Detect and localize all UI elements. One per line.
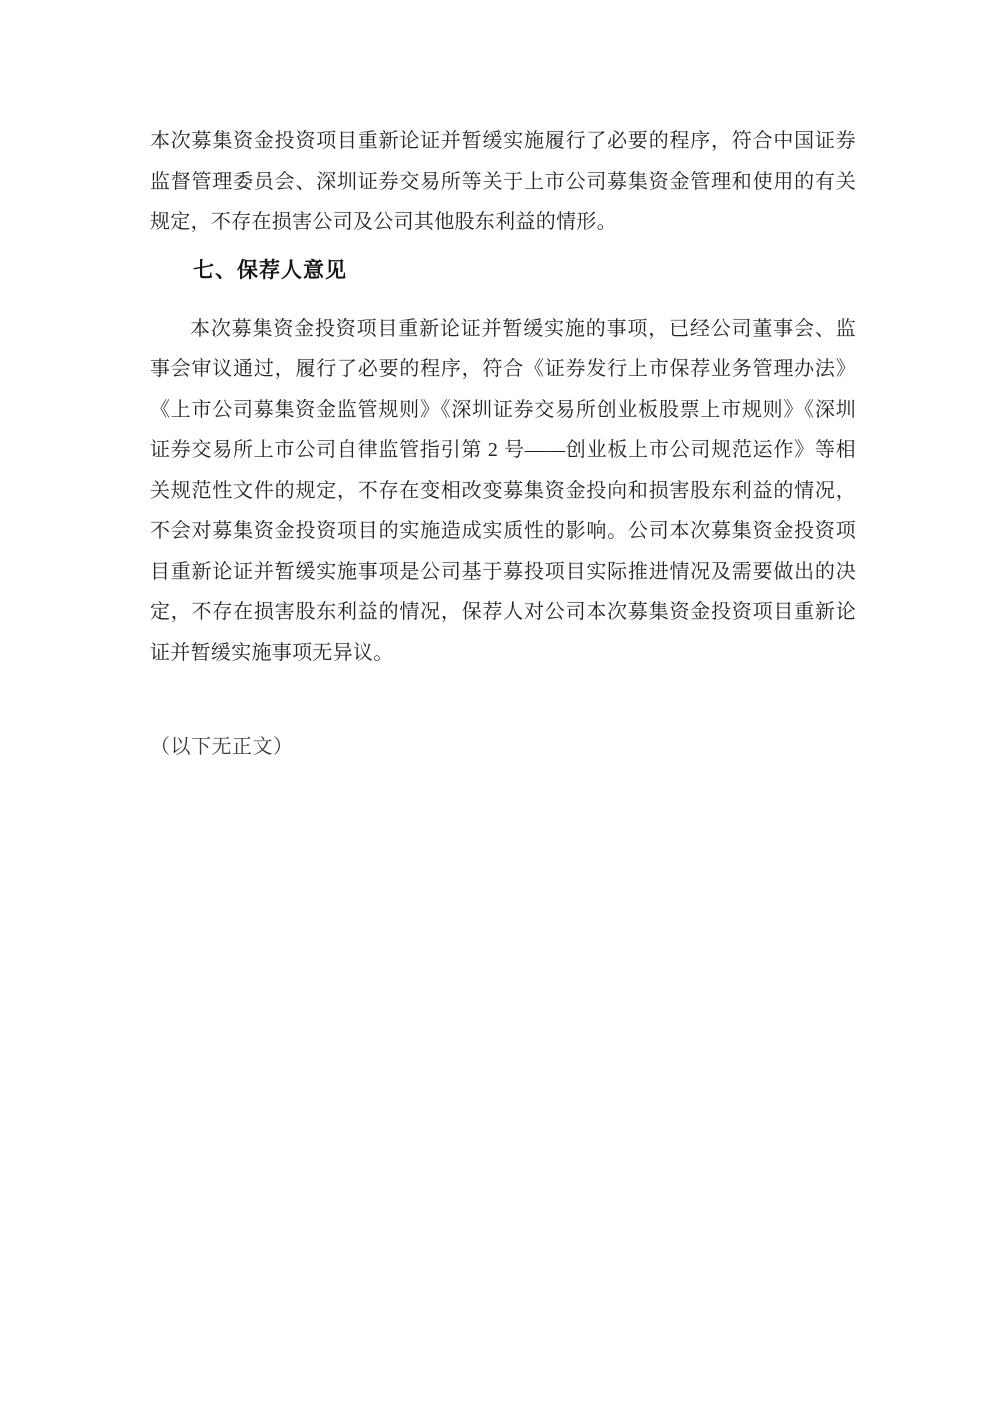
section-heading-sponsor-opinion: 七、保荐人意见 [150,251,856,291]
document-page: 本次募集资金投资项目重新论证并暂缓实施履行了必要的程序，符合中国证券监督管理委员… [0,0,1000,1414]
sponsor-opinion-paragraph: 本次募集资金投资项目重新论证并暂缓实施的事项，已经公司董事会、监事会审议通过，履… [150,309,856,674]
end-of-text-note: （以下无正文） [150,727,856,767]
paragraph-continuation: 本次募集资金投资项目重新论证并暂缓实施履行了必要的程序，符合中国证券监督管理委员… [150,121,856,243]
page-content: 本次募集资金投资项目重新论证并暂缓实施履行了必要的程序，符合中国证券监督管理委员… [150,121,856,767]
